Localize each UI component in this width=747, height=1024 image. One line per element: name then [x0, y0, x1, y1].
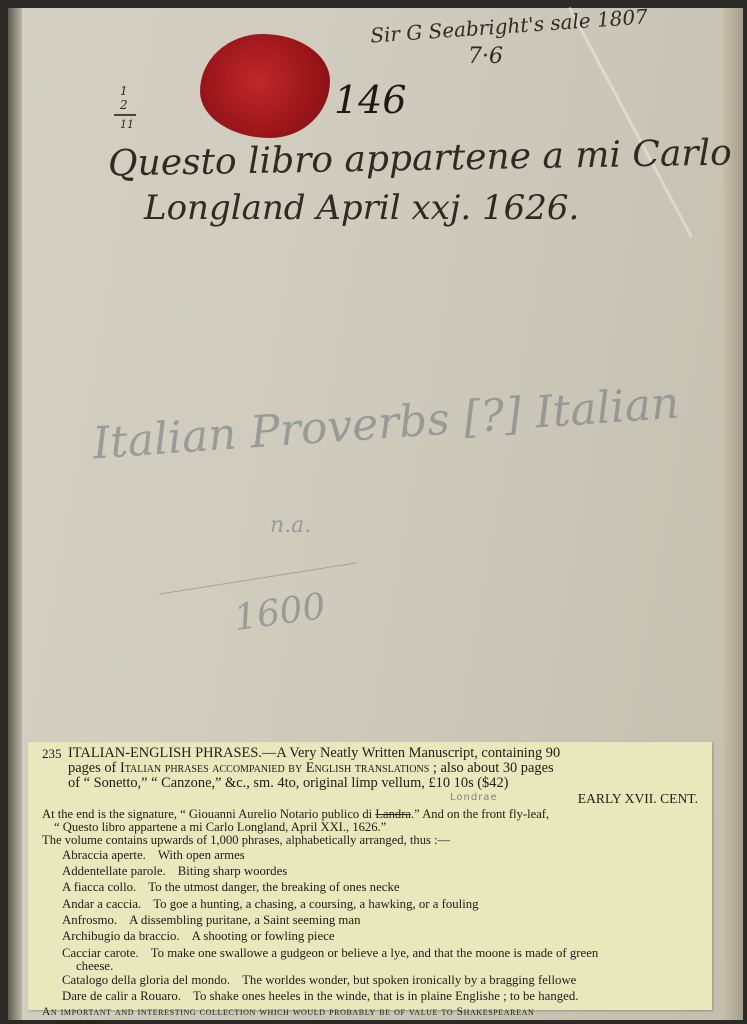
margin-mark-top: 1 [120, 84, 128, 98]
phrase-list: Abraccia aperte.With open armes Addentel… [42, 847, 702, 1005]
italian-phrase: Archibugio da braccio. [62, 929, 180, 943]
english-translation: To goe a hunting, a chasing, a coursing,… [153, 897, 478, 911]
struck-word: Landra [375, 807, 411, 821]
volume-intro: The volume contains upwards of 1,000 phr… [42, 834, 702, 847]
english-translation: Biting sharp woordes [178, 864, 287, 878]
ownership-inscription-line1: Questo libro appartene a mi Carlo [108, 133, 732, 185]
shelf-number: 146 [334, 78, 407, 122]
english-translation: To the utmost danger, the breaking of on… [148, 880, 399, 894]
margin-mark-bottom: 11 [120, 118, 134, 131]
lot-description-2c: ; also about 30 pages [429, 760, 553, 776]
note-text-2: .” And on the front fly-leaf, [411, 807, 549, 821]
lot-entry: 235 ITALIAN-ENGLISH PHRASES.—A Very Neat… [42, 746, 702, 792]
pencil-title: Italian Proverbs [?] Italian [91, 378, 681, 470]
english-translation: To shake ones heeles in the winde, that … [193, 989, 578, 1003]
lot-number: 235 [42, 746, 68, 792]
phrase-continuation: cheese. [62, 961, 702, 972]
pencil-year: 1600 [232, 586, 328, 639]
sale-note: Sir G Seabright's sale 1807 [370, 4, 649, 47]
italian-phrase: Cacciar carote. [62, 946, 139, 960]
era-label: EARLY XVII. CENT. [42, 791, 702, 807]
list-item: Cacciar carote.To make one swallowe a gu… [42, 945, 702, 972]
italian-phrase: Catalogo della gloria del mondo. [62, 973, 230, 987]
margin-mark-rule [114, 114, 136, 116]
list-item: Catalogo della gloria del mondo.The worl… [42, 972, 702, 988]
list-item: Archibugio da braccio.A shooting or fowl… [42, 928, 702, 944]
english-translation: A dissembling puritane, a Saint seeming … [129, 913, 360, 927]
signature-note: At the end is the signature, “ Giouanni … [42, 808, 702, 833]
list-item: Abraccia aperte.With open armes [42, 847, 702, 863]
english-translation: The worldes wonder, but spoken ironicall… [242, 973, 576, 987]
list-item: Anfrosmo.A dissembling puritane, a Saint… [42, 912, 702, 928]
page-crease [568, 7, 693, 238]
pencil-mark: n.a. [270, 513, 311, 538]
lot-description-1: —A Very Neatly Written Manuscript, conta… [262, 745, 560, 761]
list-item: Dare de calir a Rouaro.To shake ones hee… [42, 988, 702, 1004]
list-item: Addentellate parole.Biting sharp woordes [42, 863, 702, 879]
book-spine-edge [8, 8, 22, 1020]
english-translation: To make one swallowe a gudgeon or believ… [151, 946, 599, 960]
footer-line-2: students. [42, 1018, 702, 1024]
catalogue-footer: An important and interesting collection … [42, 1007, 702, 1024]
italian-phrase: Andar a caccia. [62, 897, 141, 911]
price-note: 7·6 [468, 44, 503, 69]
lot-description-2a: pages of [68, 760, 120, 776]
italian-phrase: Dare de calir a Rouaro. [62, 989, 181, 1003]
italian-phrase: Anfrosmo. [62, 913, 117, 927]
list-item: Andar a caccia.To goe a hunting, a chasi… [42, 896, 702, 912]
lot-description-3: of “ Sonetto,” “ Canzone,” &c., sm. 4to,… [68, 775, 508, 791]
italian-phrase: Addentellate parole. [62, 864, 166, 878]
margin-mark-mid: 2 [120, 98, 128, 112]
wax-seal [200, 34, 330, 138]
auction-catalogue-clipping: Londrae 235 ITALIAN-ENGLISH PHRASES.—A V… [28, 742, 712, 1010]
italian-phrase: A fiacca collo. [62, 880, 136, 894]
note-text-3: “ Questo libro appartene a mi Carlo Long… [42, 820, 386, 834]
italian-phrase: Abraccia aperte. [62, 848, 146, 862]
lot-description-2b: Italian phrases accompanied by English t… [120, 760, 429, 776]
pencil-rule [159, 562, 357, 594]
note-text-1: At the end is the signature, “ Giouanni … [42, 807, 375, 821]
footer-line-1: An important and interesting collection … [42, 1006, 534, 1018]
english-translation: A shooting or fowling piece [192, 929, 335, 943]
list-item: A fiacca collo.To the utmost danger, the… [42, 879, 702, 895]
ownership-inscription-line2: Longland April xxj. 1626. [144, 188, 579, 228]
english-translation: With open armes [158, 848, 245, 862]
lot-title: ITALIAN-ENGLISH PHRASES. [68, 745, 262, 761]
